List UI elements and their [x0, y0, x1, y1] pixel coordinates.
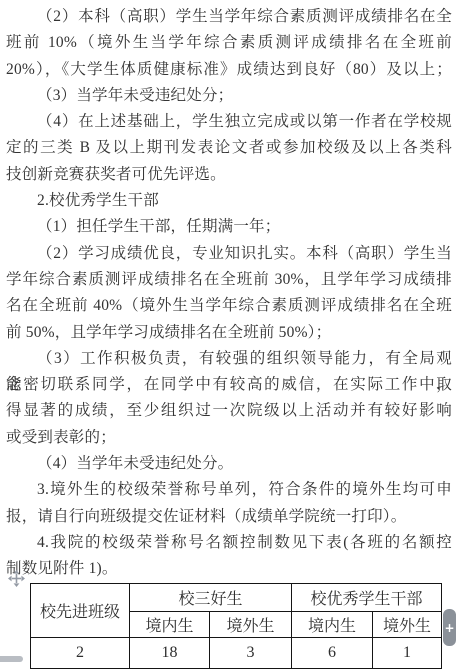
table-value-cell: 18	[130, 638, 210, 669]
document-line: 能密切联系同学，在同学中有较高的威信，在实际工作中取	[6, 372, 452, 398]
document-line: 报，请自行向班级提交佐证材料（成绩单学院统一打印）。	[6, 504, 452, 530]
document-page: （2）本科（高职）学生当学年综合素质测评成绩排名在全 班前 10%（境外生当学年…	[0, 0, 458, 670]
document-line: 班前 10%（境外生当学年综合素质测评成绩排名在全班前	[6, 30, 452, 56]
document-line: 4.我院的校级荣誉称号名额控制数见下表(各班的名额控	[6, 530, 452, 556]
table-value-cell: 2	[31, 638, 130, 669]
table-subheader: 境内生	[292, 612, 373, 638]
document-line: 或受到表彰的；	[6, 425, 452, 451]
table-subheader: 境内生	[130, 612, 210, 638]
document-line: 20%），《大学生体质健康标准》成绩达到良好（80）及以上；	[6, 57, 452, 83]
document-line: 前 50%，且学年学习成绩排名在全班前 50%）；	[6, 320, 452, 346]
document-line: （3）工作积极负责，有较强的组织领导能力，有全局观念，	[6, 346, 452, 372]
document-line: （3）当学年未受违纪处分；	[6, 83, 452, 109]
quota-table: 校先进班级 校三好生 校优秀学生干部 境内生 境外生 境内生 境外生 2 18 …	[30, 583, 442, 669]
document-line: 得显著的成绩，至少组织过一次院级以上活动并有较好影响	[6, 398, 452, 424]
table-subheader: 境外生	[210, 612, 292, 638]
document-line: 学年综合素质测评成绩排名在全班前 30%，且学年学习成绩排	[6, 267, 452, 293]
table-group-header-ganbu: 校优秀学生干部	[292, 584, 442, 612]
document-line: （4）当学年未受违纪处分。	[6, 451, 452, 477]
table-subheader: 境外生	[373, 612, 442, 638]
document-line: 3.境外生的校级荣誉称号单列，符合条件的境外生均可申	[6, 477, 452, 503]
document-line: （4）在上述基础上，学生独立完成或以第一作者在学校规	[6, 109, 452, 135]
table-value-cell: 1	[373, 638, 442, 669]
document-body: （2）本科（高职）学生当学年综合素质测评成绩排名在全 班前 10%（境外生当学年…	[6, 4, 452, 583]
table-value-cell: 6	[292, 638, 373, 669]
plus-icon: +	[444, 622, 454, 634]
horizontal-scrollbar-thumb[interactable]	[0, 656, 23, 662]
document-line: （1）担任学生干部，任期满一年；	[6, 214, 452, 240]
table-value-cell: 3	[210, 638, 292, 669]
table-move-handle-icon[interactable]	[8, 570, 25, 587]
table-insert-column-handle[interactable]: +	[443, 609, 456, 646]
document-line: （2）学习成绩优良，专业知识扎实。本科（高职）学生当	[6, 241, 452, 267]
table-header-first-col: 校先进班级	[31, 584, 130, 638]
document-line: （2）本科（高职）学生当学年综合素质测评成绩排名在全	[6, 4, 452, 30]
table-group-header-sanhao: 校三好生	[130, 584, 292, 612]
document-line: 名在全班前 40%（境外生当学年综合素质测评成绩排名在全班	[6, 293, 452, 319]
document-line: 2.校优秀学生干部	[6, 188, 452, 214]
document-line: 制数见附件 1)。	[6, 556, 452, 582]
document-line: 定的三类 B 及以上期刊发表论文者或参加校级及以上各类科	[6, 135, 452, 161]
document-line: 技创新竞赛获奖者可优先评选。	[6, 162, 452, 188]
